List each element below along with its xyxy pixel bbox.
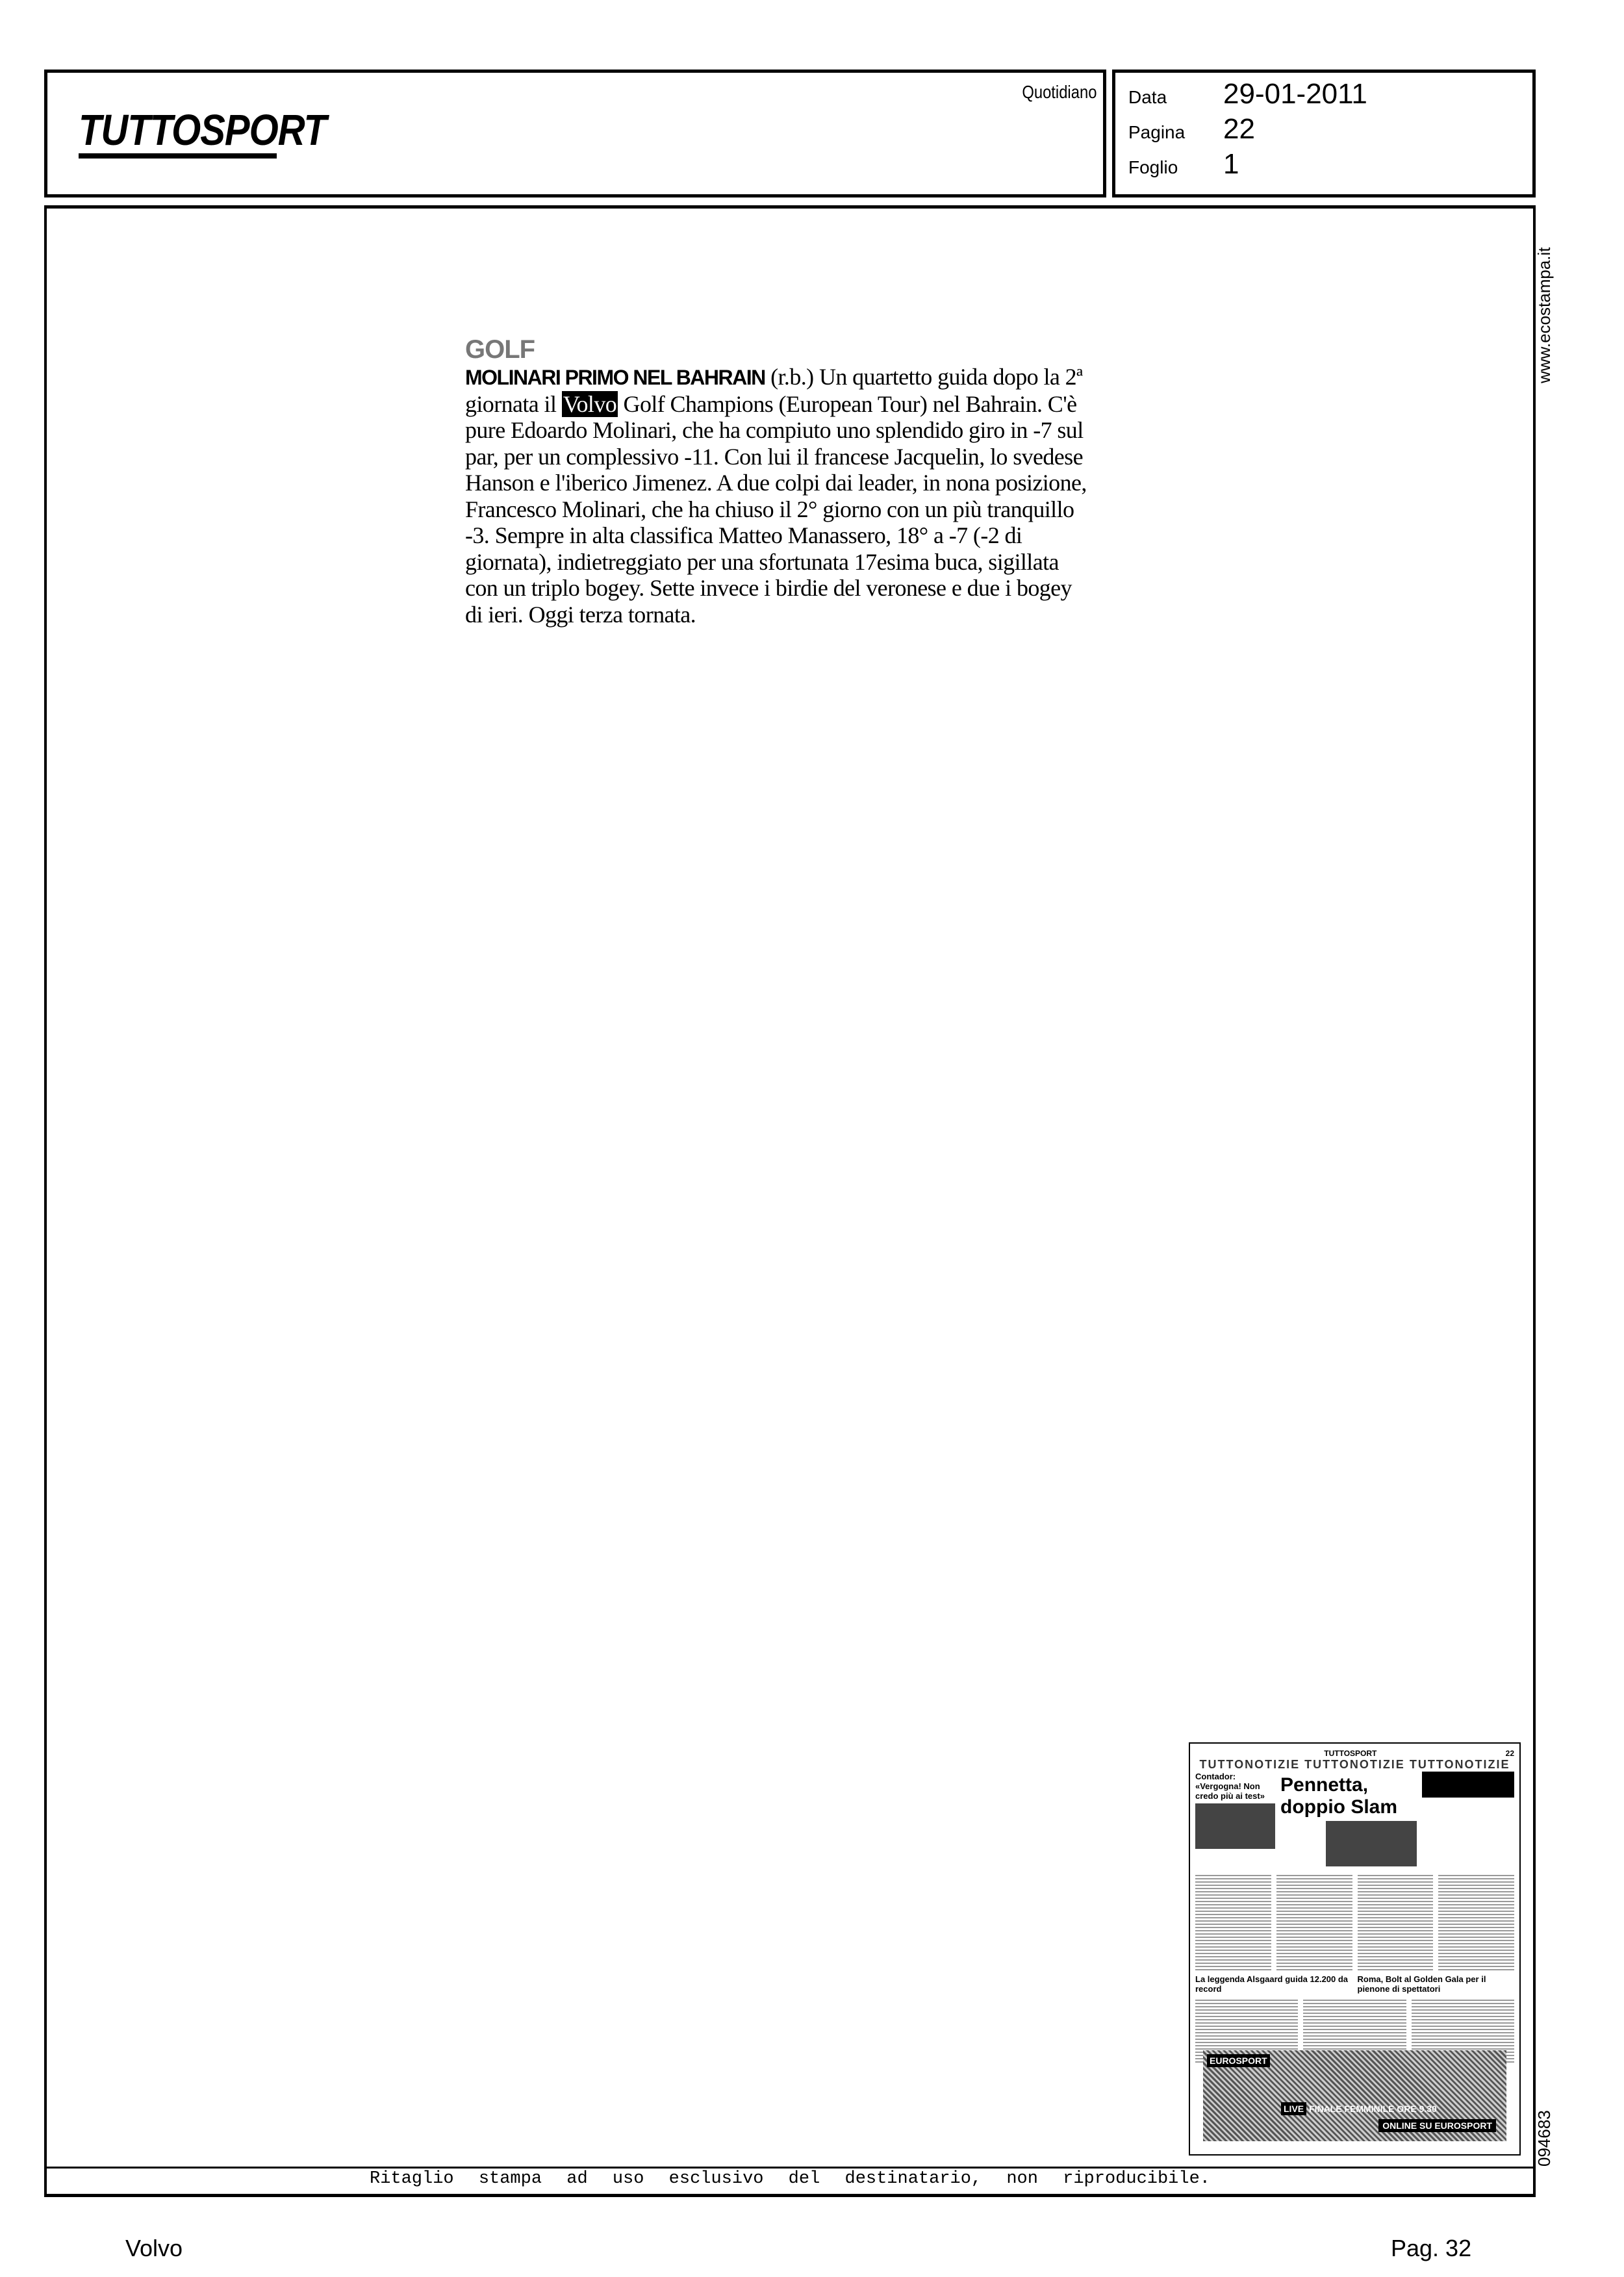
thumbnail-advert: EUROSPORT LIVE FINALE FEMMINILE ORE 9.30…: [1203, 2050, 1506, 2141]
thumbnail-page-number: 22: [1506, 1749, 1514, 1758]
thumbnail-columns: [1195, 1873, 1514, 1970]
publication-type: Quotidiano: [1022, 82, 1097, 103]
article-headline: MOLINARI PRIMO NEL BAHRAIN: [465, 366, 765, 389]
thumbnail-column: [1438, 1873, 1514, 1970]
article-kicker: GOLF: [465, 335, 1092, 364]
thumbnail-masthead-text: TUTTOSPORT: [1324, 1749, 1377, 1758]
thumbnail-subheads: La leggenda Alsgaard guida 12.200 da rec…: [1195, 1974, 1514, 1994]
thumbnail-band: TUTTONOTIZIE TUTTONOTIZIE TUTTONOTIZIE: [1195, 1758, 1514, 1772]
article-text-after: Golf Champions (European Tour) nel Bahra…: [465, 391, 1087, 628]
thumbnail-black-box: [1422, 1772, 1514, 1798]
watermark-url: www.ecostampa.it: [1534, 221, 1560, 383]
thumbnail-column: [1195, 1873, 1271, 1970]
meta-label: Pagina: [1128, 122, 1223, 143]
clipping-code: 094683: [1534, 2105, 1560, 2170]
header-meta-box: Data 29-01-2011 Pagina 22 Foglio 1: [1112, 70, 1536, 197]
meta-label: Data: [1128, 87, 1223, 108]
thumbnail-photo-icon: [1195, 1803, 1275, 1849]
thumbnail-left-column: Contador: «Vergogna! Non credo più ai te…: [1195, 1772, 1275, 1869]
ad-cta: ONLINE SU EUROSPORT: [1378, 2119, 1496, 2132]
article-byline: (r.b.): [770, 364, 813, 390]
thumbnail-center: Pennetta, doppio Slam: [1280, 1772, 1417, 1869]
meta-row-sheet: Foglio 1: [1128, 148, 1239, 181]
page-number: Pag. 32: [1391, 2235, 1471, 2262]
article: GOLF MOLINARI PRIMO NEL BAHRAIN (r.b.) U…: [465, 335, 1092, 628]
ad-text: FINALE FEMMINILE ORE 9.30: [1309, 2104, 1437, 2114]
thumbnail-main-headline: Pennetta, doppio Slam: [1280, 1774, 1417, 1818]
footer-divider: [44, 2167, 1536, 2169]
thumbnail-sub-headline: Roma, Bolt al Golden Gala per il pienone…: [1358, 1974, 1515, 1994]
ad-brand: EUROSPORT: [1207, 2054, 1270, 2067]
thumbnail-sub-headline: La leggenda Alsgaard guida 12.200 da rec…: [1195, 1974, 1352, 1994]
disclaimer: Ritaglio stampa ad uso esclusivo del des…: [44, 2169, 1536, 2189]
page-thumbnail: TUTTOSPORT 22 TUTTONOTIZIE TUTTONOTIZIE …: [1189, 1742, 1521, 2156]
thumbnail-masthead: TUTTOSPORT 22: [1195, 1749, 1514, 1758]
ad-live-badge: LIVE: [1281, 2102, 1306, 2115]
highlighted-keyword: Volvo: [562, 391, 618, 417]
client-name: Volvo: [125, 2235, 183, 2262]
meta-label: Foglio: [1128, 157, 1223, 178]
header-publication-box: TUTTOSPORT Quotidiano: [44, 70, 1106, 197]
meta-value: 1: [1223, 148, 1239, 181]
thumbnail-photo-icon: [1326, 1821, 1417, 1866]
meta-row-page: Pagina 22: [1128, 113, 1255, 146]
publication-logo: TUTTOSPORT: [79, 112, 326, 159]
thumbnail-left-headline: Contador: «Vergogna! Non credo più ai te…: [1195, 1772, 1275, 1801]
watermark-text: www.ecostampa.it: [1534, 247, 1554, 383]
thumbnail-column: [1276, 1873, 1352, 1970]
meta-value: 29-01-2011: [1223, 78, 1367, 110]
meta-value: 22: [1223, 113, 1255, 146]
thumbnail-top: Contador: «Vergogna! Non credo più ai te…: [1195, 1772, 1514, 1869]
thumbnail-column: [1358, 1873, 1434, 1970]
ad-copy: LIVE FINALE FEMMINILE ORE 9.30: [1281, 2102, 1437, 2115]
clipping-code-text: 094683: [1534, 2110, 1554, 2167]
logo-text: TUTTOSPORT: [79, 109, 326, 153]
article-body: MOLINARI PRIMO NEL BAHRAIN (r.b.) Un qua…: [465, 364, 1092, 628]
meta-row-date: Data 29-01-2011: [1128, 78, 1367, 110]
